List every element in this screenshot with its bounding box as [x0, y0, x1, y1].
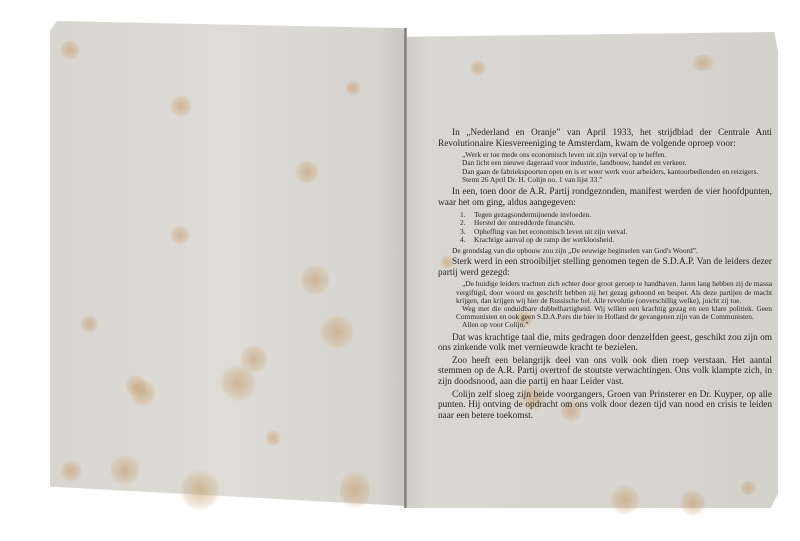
paragraph-strong-language: Dat was krachtige taal die, mits gedrage… — [438, 333, 772, 354]
booklet-spine — [404, 28, 407, 508]
right-page-text: In „Nederland en Oranje” van April 1933,… — [438, 128, 772, 423]
manifest-points-list: 1.Tegen gezagsondermijnende invloeden. 2… — [460, 211, 772, 244]
election-call-quote: „Werk er toe mede ons economisch leven u… — [456, 151, 772, 184]
paragraph-manifest: In een, toen door de A.R. Partij rondgez… — [438, 187, 772, 208]
paragraph-votes: Zoo heeft een belangrijk deel van ons vo… — [438, 356, 772, 388]
list-item: 4.Krachtige aanval op de ramp der werklo… — [460, 236, 772, 244]
list-tail: De grondslag van die opbouw zou zijn „De… — [438, 247, 772, 255]
leaflet-quote: „De huidige leiders trachten zich echter… — [456, 280, 772, 329]
paragraph-leaflet: Sterk werd in een strooibiljet stelling … — [438, 257, 772, 278]
paragraph-colijn: Colijn zelf sloeg zijn beide voorgangers… — [438, 390, 772, 422]
open-booklet: In „Nederland en Oranje” van April 1933,… — [0, 0, 800, 541]
paragraph-intro: In „Nederland en Oranje” van April 1933,… — [438, 128, 772, 149]
